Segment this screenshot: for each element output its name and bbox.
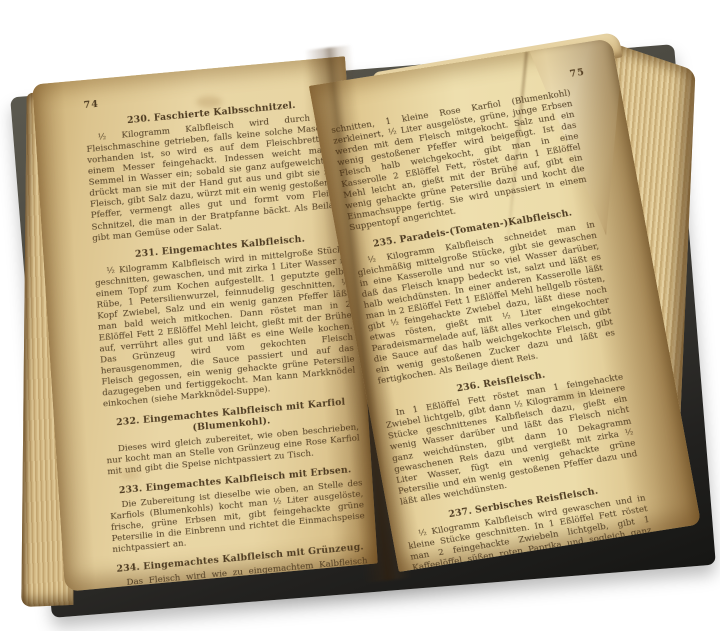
- photo-open-cookbook: 74 230. Faschierte Kalbsschnitzel. ½ Kil…: [0, 0, 720, 631]
- recipe-body-231: ½ Kilogramm Kalbfleisch wird in mittelgr…: [94, 245, 356, 411]
- recipe-body-230: ½ Kilogramm Kalbfleisch wird durch die F…: [86, 111, 346, 244]
